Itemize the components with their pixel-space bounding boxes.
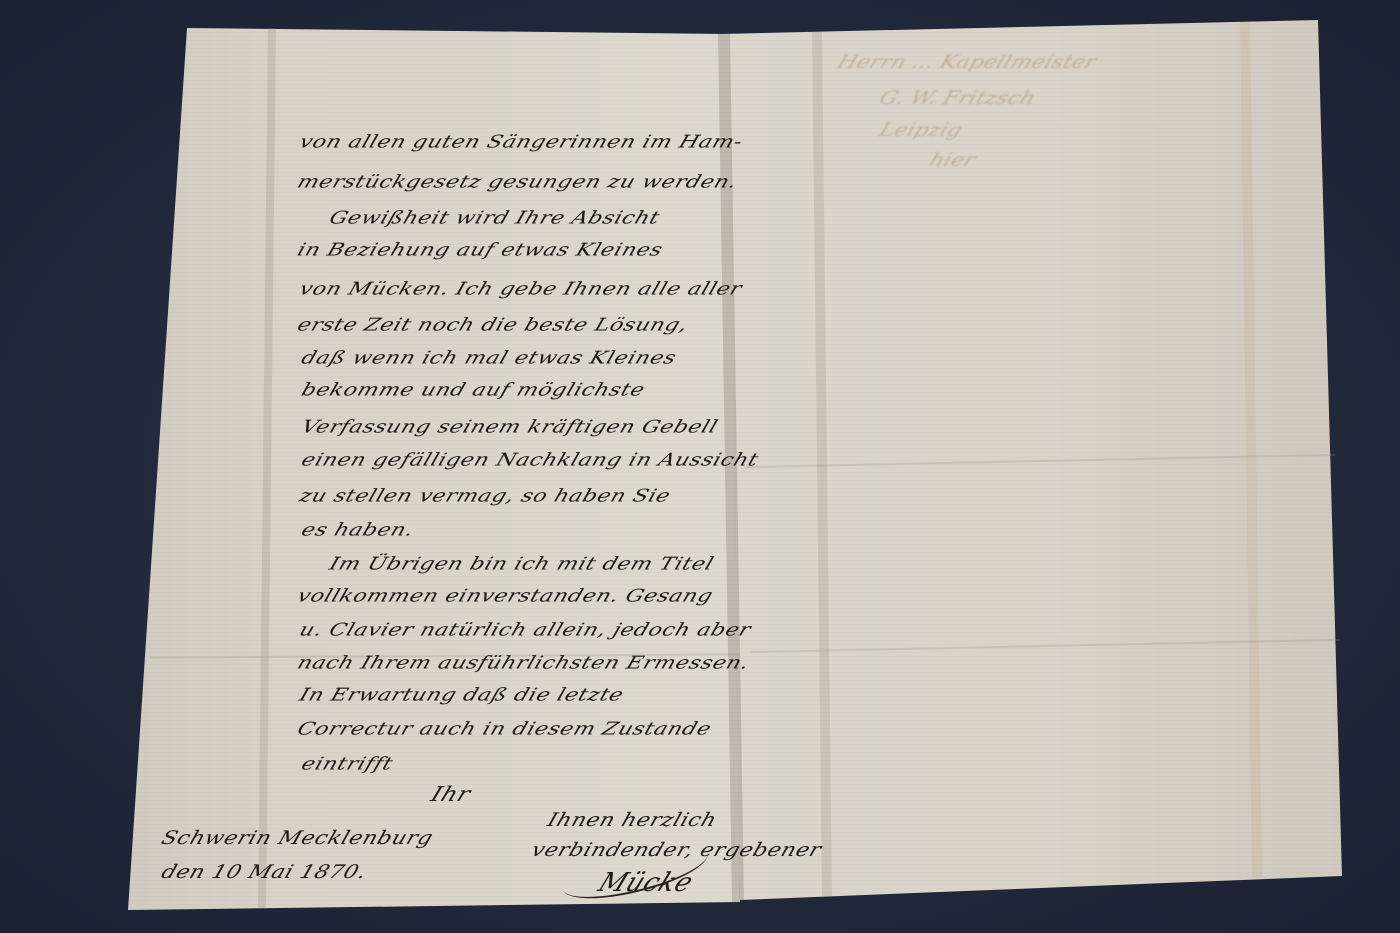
bleed-through-line: hier xyxy=(926,150,978,171)
letter-line: einen gefälligen Nachklang in Aussicht xyxy=(299,451,761,471)
letter-place: Schwerin Mecklenburg xyxy=(159,828,436,849)
letter-line: Verfassung seinem kräftigen Gebell xyxy=(299,418,721,438)
letter-line: es haben. xyxy=(299,521,417,541)
letter-line: Correctur auch in diesem Zustande xyxy=(295,720,714,740)
letter-line: vollkommen einverstanden. Gesang xyxy=(295,587,716,607)
letter-line: von Mücken. Ich gebe Ihnen alle aller xyxy=(297,280,745,300)
closing-line: Ihnen herzlich xyxy=(545,810,720,831)
bleed-through-line: Herrn ... Kapellmeister xyxy=(834,52,1099,73)
letter-line: bekomme und auf möglichste xyxy=(299,381,648,401)
letter-line: zu stellen vermag, so haben Sie xyxy=(297,487,673,507)
letter-line: In Erwartung daß die letzte xyxy=(297,686,627,706)
letter-line: daß wenn ich mal etwas Kleines xyxy=(299,349,679,369)
bleed-through-line: Leipzig xyxy=(876,120,965,141)
letter-date: den 10 Mai 1870. xyxy=(159,862,370,883)
letter-line: Im Übrigen bin ich mit dem Titel xyxy=(327,555,717,575)
bleed-through-line: G. W. Fritzsch xyxy=(876,88,1038,109)
letter-line: merstückgesetz gesungen zu werden. xyxy=(295,173,740,193)
letter-line: u. Clavier natürlich allein, jedoch aber xyxy=(297,621,754,641)
letter-line: eintrifft xyxy=(299,755,396,775)
letter-line: erste Zeit noch die beste Lösung, xyxy=(295,316,691,336)
photo-stage: Herrn ... Kapellmeister G. W. Fritzsch L… xyxy=(0,0,1400,933)
letter-line: Gewißheit wird Ihre Absicht xyxy=(327,209,663,229)
letter-line: in Beziehung auf etwas Kleines xyxy=(295,241,666,261)
letter-line: von allen guten Sängerinnen im Ham- xyxy=(297,133,745,153)
letter-line: nach Ihrem ausführlichsten Ermessen. xyxy=(295,654,752,674)
